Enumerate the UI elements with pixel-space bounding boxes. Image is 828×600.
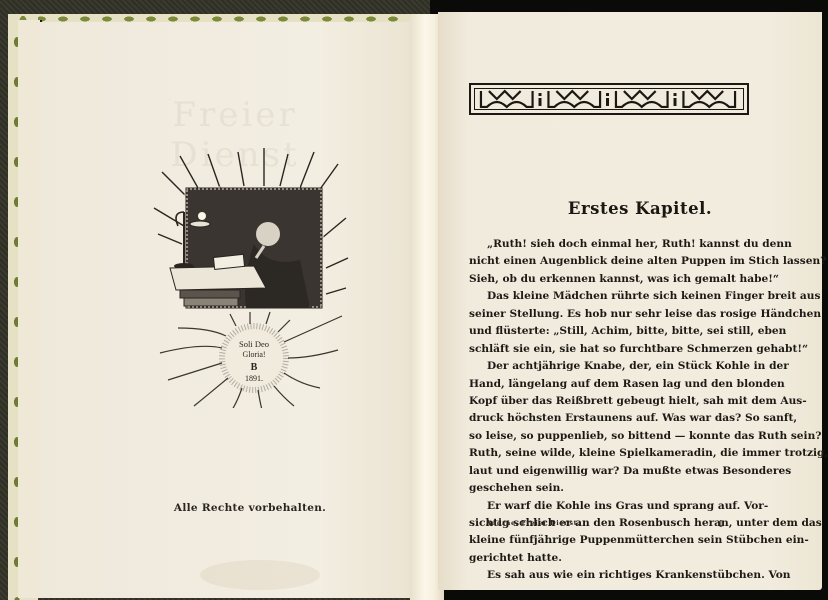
text-line: Hand, längelang auf dem Rasen lag und de… — [469, 376, 778, 393]
text-line: geschehen sein. — [469, 480, 778, 497]
publisher-monogram: B — [251, 362, 258, 373]
flyleaf — [18, 20, 42, 598]
text-line: seiner Stellung. Es hob nur sehr leise d… — [469, 306, 778, 323]
text-line: so leise, so puppenlieb, so bittend — ko… — [469, 428, 778, 445]
knotwork-ornament-icon — [475, 87, 743, 111]
chapter-body-text: „Ruth! sieh doch einmal her, Ruth! kanns… — [469, 236, 778, 585]
motto-line1: Soli Deo — [239, 339, 269, 349]
paper-stain — [200, 560, 320, 590]
text-line: kleine fünfjährige Puppenmütterchen sein… — [469, 532, 778, 549]
text-line: Er warf die Kohle ins Gras und sprang au… — [469, 498, 778, 515]
text-line: Es sah aus wie ein richtiges Krankenstüb… — [469, 567, 778, 584]
text-line: Ruth, seine wilde, kleine Spielkameradin… — [469, 445, 778, 462]
text-line: schläft sie ein, sie hat so furchtbare S… — [469, 341, 778, 358]
chapter-title: Erstes Kapitel. — [540, 199, 740, 218]
header-ornament-banner — [469, 83, 749, 115]
text-line: Der achtjährige Knabe, der, ein Stück Ko… — [469, 358, 778, 375]
text-line: druck höchsten Erstaunens auf. Was war d… — [469, 410, 778, 427]
signature-mark: Andrae, Freier Dienst. — [486, 519, 580, 527]
text-line: Das kleine Mädchen rührte sich keinen Fi… — [469, 288, 778, 305]
text-line: Kopf über das Reißbrett gebeugt hielt, s… — [469, 393, 778, 410]
text-line: „Ruth! sieh doch einmal her, Ruth! kanns… — [469, 236, 778, 253]
text-line: laut und eigenwillig war? Da mußte etwas… — [469, 463, 778, 480]
sheet-number: 1 — [718, 520, 724, 530]
show-through-title: Freier Dienst — [120, 95, 350, 155]
text-line: und flüsterte: „Still, Achim, bitte, bit… — [469, 323, 778, 340]
text-line: nicht einen Augenblick deine alten Puppe… — [469, 253, 778, 270]
frontispiece-vignette: Soli Deo Gloria! B 1891. — [150, 148, 350, 408]
text-line: gerichtet hatte. — [469, 550, 778, 567]
rights-reserved-note: Alle Rechte vorbehalten. — [150, 502, 350, 514]
sunburst-bottom — [160, 312, 342, 408]
engraving-illustration: Soli Deo Gloria! B 1891. — [150, 148, 350, 408]
motto-line2: Gloria! — [242, 350, 265, 359]
vignette-year: 1891. — [245, 374, 263, 383]
text-line: Sieh, ob du erkennen kannst, was ich gem… — [469, 271, 778, 288]
